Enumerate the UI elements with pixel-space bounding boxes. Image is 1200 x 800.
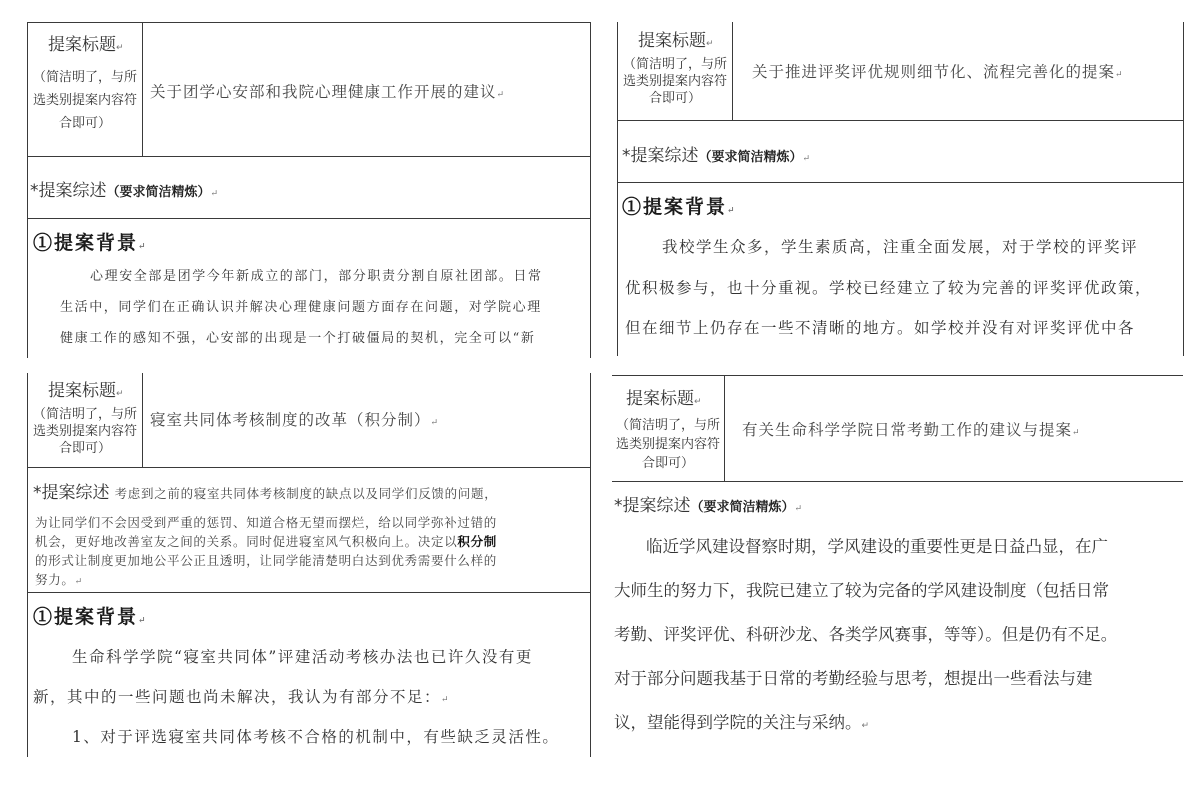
summary-heading: *提案综述（要求简洁精炼）↵ (30, 176, 218, 201)
background-paragraph-line: 优积极参与，也十分重视。学校已经建立了较为完善的评奖评优政策， (625, 276, 1152, 298)
background-heading: ①提案背景↵ (33, 602, 148, 629)
summary-line: 对于部分问题我基于日常的考勤经验与思考，想提出一些看法与建 (614, 665, 1093, 689)
table-divider (27, 218, 591, 219)
proposal-title-hint: （简洁明了，与所选类别提案内容符合即可） (28, 406, 142, 457)
proposal-form-4: 提案标题↵ （简洁明了，与所选类别提案内容符合即可） 有关生命科学学院日常考勤工… (600, 360, 1200, 800)
table-border-top (27, 22, 591, 23)
label-column-divider (732, 22, 733, 120)
summary-line: 努力。↵ (35, 570, 83, 588)
background-paragraph-line: 健康工作的感知不强，心安部的出现是一个打破僵局的契机，完全可以“新 (60, 327, 535, 346)
table-divider (612, 481, 1183, 482)
table-border-top (612, 375, 1183, 376)
proposal-title-hint: （简洁明了，与所选类别提案内容符合即可） (30, 66, 140, 135)
label-column-divider (724, 375, 725, 481)
summary-line: 为让同学们不会因受到严重的惩罚、知道合格无望而摆烂，给以同学弥补过错的 (35, 513, 497, 531)
proposal-form-3: 提案标题↵ （简洁明了，与所选类别提案内容符合即可） 寝室共同体考核制度的改革（… (0, 360, 600, 800)
summary-line: 大师生的努力下，我院已建立了较为完备的学风建设制度（包括日常 (614, 577, 1109, 601)
summary-heading: *提案综述（要求简洁精炼）↵ (622, 141, 810, 166)
table-border-right (1183, 22, 1184, 356)
proposal-title-label: 提案标题↵ (48, 30, 124, 55)
proposal-form-1: 提案标题↵ （简洁明了，与所选类别提案内容符合即可） 关于团学心安部和我院心理健… (0, 0, 600, 360)
table-divider (27, 467, 591, 468)
proposal-title-hint: （简洁明了，与所选类别提案内容符合即可） (612, 416, 724, 473)
background-paragraph-line: 但在细节上仍存在一些不清晰的地方。如学校并没有对评奖评优中各 (625, 316, 1135, 338)
proposal-title-hint: （简洁明了，与所选类别提案内容符合即可） (618, 56, 732, 107)
background-paragraph-line: 我校学生众多，学生素质高，注重全面发展，对于学校的评奖评 (662, 235, 1138, 257)
proposal-title-label: 提案标题↵ (48, 376, 124, 401)
table-divider (27, 156, 591, 157)
table-border-left (27, 22, 28, 358)
proposal-title-label: 提案标题↵ (638, 26, 714, 51)
summary-line: 临近学风建设督察时期，学风建设的重要性更是日益凸显，在广 (646, 533, 1108, 557)
background-heading: ①提案背景↵ (33, 228, 148, 255)
summary-line: 考勤、评奖评优、科研沙龙、各类学风赛事，等等）。但是仍有不足。 (614, 621, 1117, 645)
proposal-form-2: 提案标题↵ （简洁明了，与所选类别提案内容符合即可） 关于推进评奖评优规则细节化… (600, 0, 1200, 360)
summary-line: 机会，更好地改善室友之间的关系。同时促进寝室风气积极向上。决定以积分制 (35, 532, 497, 550)
table-divider (27, 592, 591, 593)
label-column-divider (142, 22, 143, 156)
proposal-title-label: 提案标题↵ (626, 384, 702, 409)
table-divider (617, 120, 1183, 121)
proposal-title-value: 关于推进评奖评优规则细节化、流程完善化的提案↵ (752, 60, 1124, 82)
background-heading: ①提案背景↵ (622, 192, 737, 219)
summary-line: 的形式让制度更加地公平公正且透明，让同学能清楚明白达到优秀需要什么样的 (35, 551, 497, 569)
summary-line: 议，望能得到学院的关注与采纳。↵ (614, 709, 869, 733)
table-border-right (590, 22, 591, 358)
summary-block: *提案综述 考虑到之前的寝室共同体考核制度的缺点以及同学们反馈的问题， (33, 478, 497, 503)
background-paragraph-line: 新，其中的一些问题也尚未解决，我认为有部分不足：↵ (33, 685, 450, 707)
summary-heading: *提案综述（要求简洁精炼）↵ (614, 491, 802, 516)
background-paragraph-line: 心理安全部是团学今年新成立的部门，部分职责分割自原社团部。日常 (90, 265, 543, 284)
table-divider (617, 182, 1183, 183)
proposal-title-value: 关于团学心安部和我院心理健康工作开展的建议↵ (150, 80, 505, 102)
background-paragraph-line: 1、对于评选寝室共同体考核不合格的机制中，有些缺乏灵活性。 (72, 725, 559, 747)
proposal-title-value: 有关生命科学学院日常考勤工作的建议与提案↵ (742, 418, 1081, 440)
label-column-divider (142, 373, 143, 467)
background-paragraph-line: 生活中，同学们在正确认识并解决心理健康问题方面存在问题，对学院心理 (60, 296, 542, 315)
proposal-title-value: 寝室共同体考核制度的改革（积分制）↵ (150, 408, 439, 430)
emphasis-points-system: 积分制 (457, 534, 497, 549)
table-border-right (590, 373, 591, 757)
background-paragraph-line: 生命科学学院“寝室共同体”评建活动考核办法也已许久没有更 (72, 645, 533, 667)
